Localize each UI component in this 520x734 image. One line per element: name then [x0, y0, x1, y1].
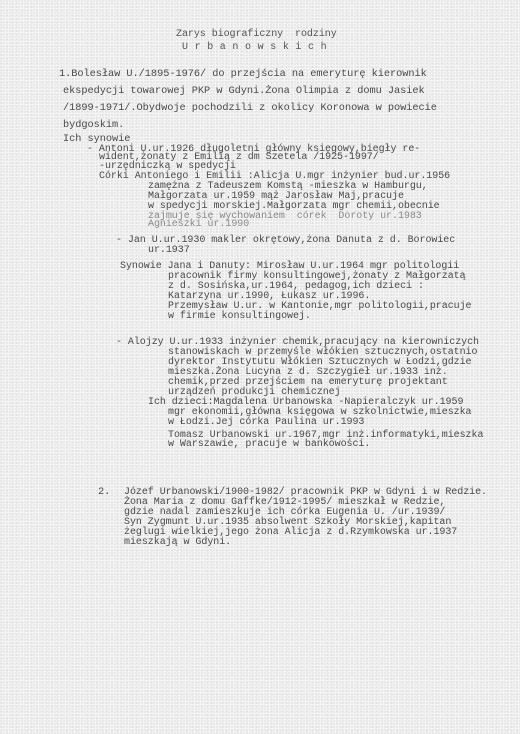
section-1-line: 1.Bolesław U./1895-1976/ do przejścia na…	[59, 69, 427, 80]
entry-line: w firmie konsultingowej.	[168, 312, 311, 322]
section-1-line: ekspedycji towarowej PKP w Gdyni.Żona Ol…	[63, 86, 425, 97]
title-line-1: Zarys biograficzny rodziny	[176, 29, 337, 40]
section-1-line: bydgoskim.	[63, 120, 124, 131]
section-2-line: mieszkają w Gdyni.	[124, 538, 231, 548]
section-2-number: 2.	[98, 487, 110, 498]
section-1-line: /1899-1971/.Obydwoje pochodzili z okolic…	[63, 103, 437, 114]
entry-line: ur.1937	[148, 246, 190, 256]
scanned-page: Zarys biograficzny rodziny U r b a n o w…	[0, 0, 520, 734]
entry-line: w Warszawie, pracuje w bankowości.	[168, 440, 370, 450]
entry-line: w Łodzi.Jej córka Paulina ur.1993	[168, 418, 364, 428]
title-line-2: U r b a n o w s k i c h	[182, 42, 327, 53]
entry-line: Agnieszki ur.1990	[148, 220, 249, 230]
